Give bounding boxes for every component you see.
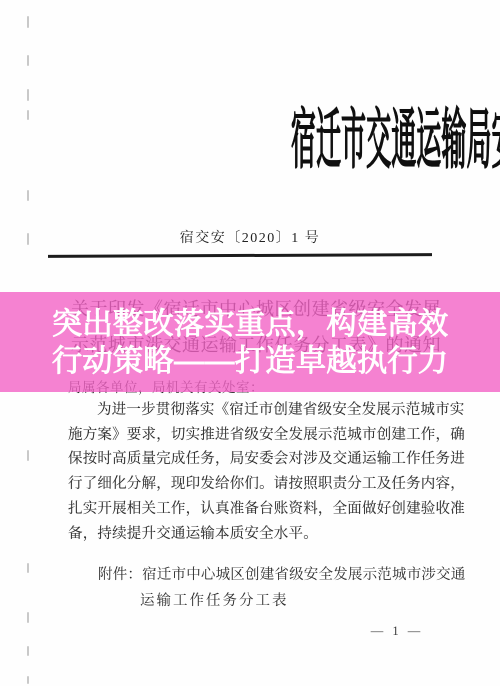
binding-mark [27, 16, 29, 28]
attachment-line2: 运输工作任务分工表 [140, 589, 289, 610]
overlay-banner: 突出整改落实重点，构建高效 行动策略——打造卓越执行力 [0, 292, 500, 392]
body-line: 备，持续提升交通运输本质安全水平。 [68, 522, 453, 547]
body-line: 扎实开展相关工作，认真准备台账资料，全面做好创建验收准 [68, 497, 453, 522]
binding-mark [27, 612, 29, 623]
attachment-line1: 附件：宿迁市中心城区创建省级安全发展示范城市涉交通 [98, 563, 466, 584]
binding-mark [27, 450, 29, 461]
binding-mark [27, 676, 29, 684]
overlay-headline-line2: 行动策略——打造卓越执行力 [0, 343, 500, 380]
binding-mark [27, 563, 29, 573]
page-number: — 1 — [362, 624, 432, 639]
binding-mark [27, 190, 29, 201]
overlay-headline-line1: 突出整改落实重点，构建高效 [0, 306, 500, 343]
binding-mark [27, 646, 29, 656]
letterhead-rule [48, 253, 432, 258]
body-line: 为进一步贯彻落实《宿迁市创建省级安全发展示范城市实 [68, 398, 453, 423]
letterhead-org-title-text: 宿迁市交通运输局安全生产委员会 [291, 108, 500, 174]
body-paragraph: 为进一步贯彻落实《宿迁市创建省级安全发展示范城市实 施方案》要求，切实推进省级安… [68, 398, 453, 546]
letterhead-org-title: 宿迁市交通运输局安全生产委员会 [0, 108, 500, 174]
binding-mark [27, 55, 29, 66]
body-line: 施方案》要求，切实推进省级安全发展示范城市创建工作，确 [68, 423, 453, 448]
overlay-headline: 突出整改落实重点，构建高效 行动策略——打造卓越执行力 [0, 306, 500, 380]
body-line: 保按时高质量完成任务，局安委会对涉及交通运输工作任务进 [68, 447, 453, 472]
body-line: 行了细化分解，现印发给你们。请按照职责分工及任务内容， [68, 472, 453, 497]
scanned-document-page: 宿迁市交通运输局安全生产委员会 宿交安〔2020〕1 号 关于印发《宿迁市中心城… [0, 0, 500, 686]
binding-mark [27, 89, 29, 101]
document-number: 宿交安〔2020〕1 号 [0, 227, 500, 247]
